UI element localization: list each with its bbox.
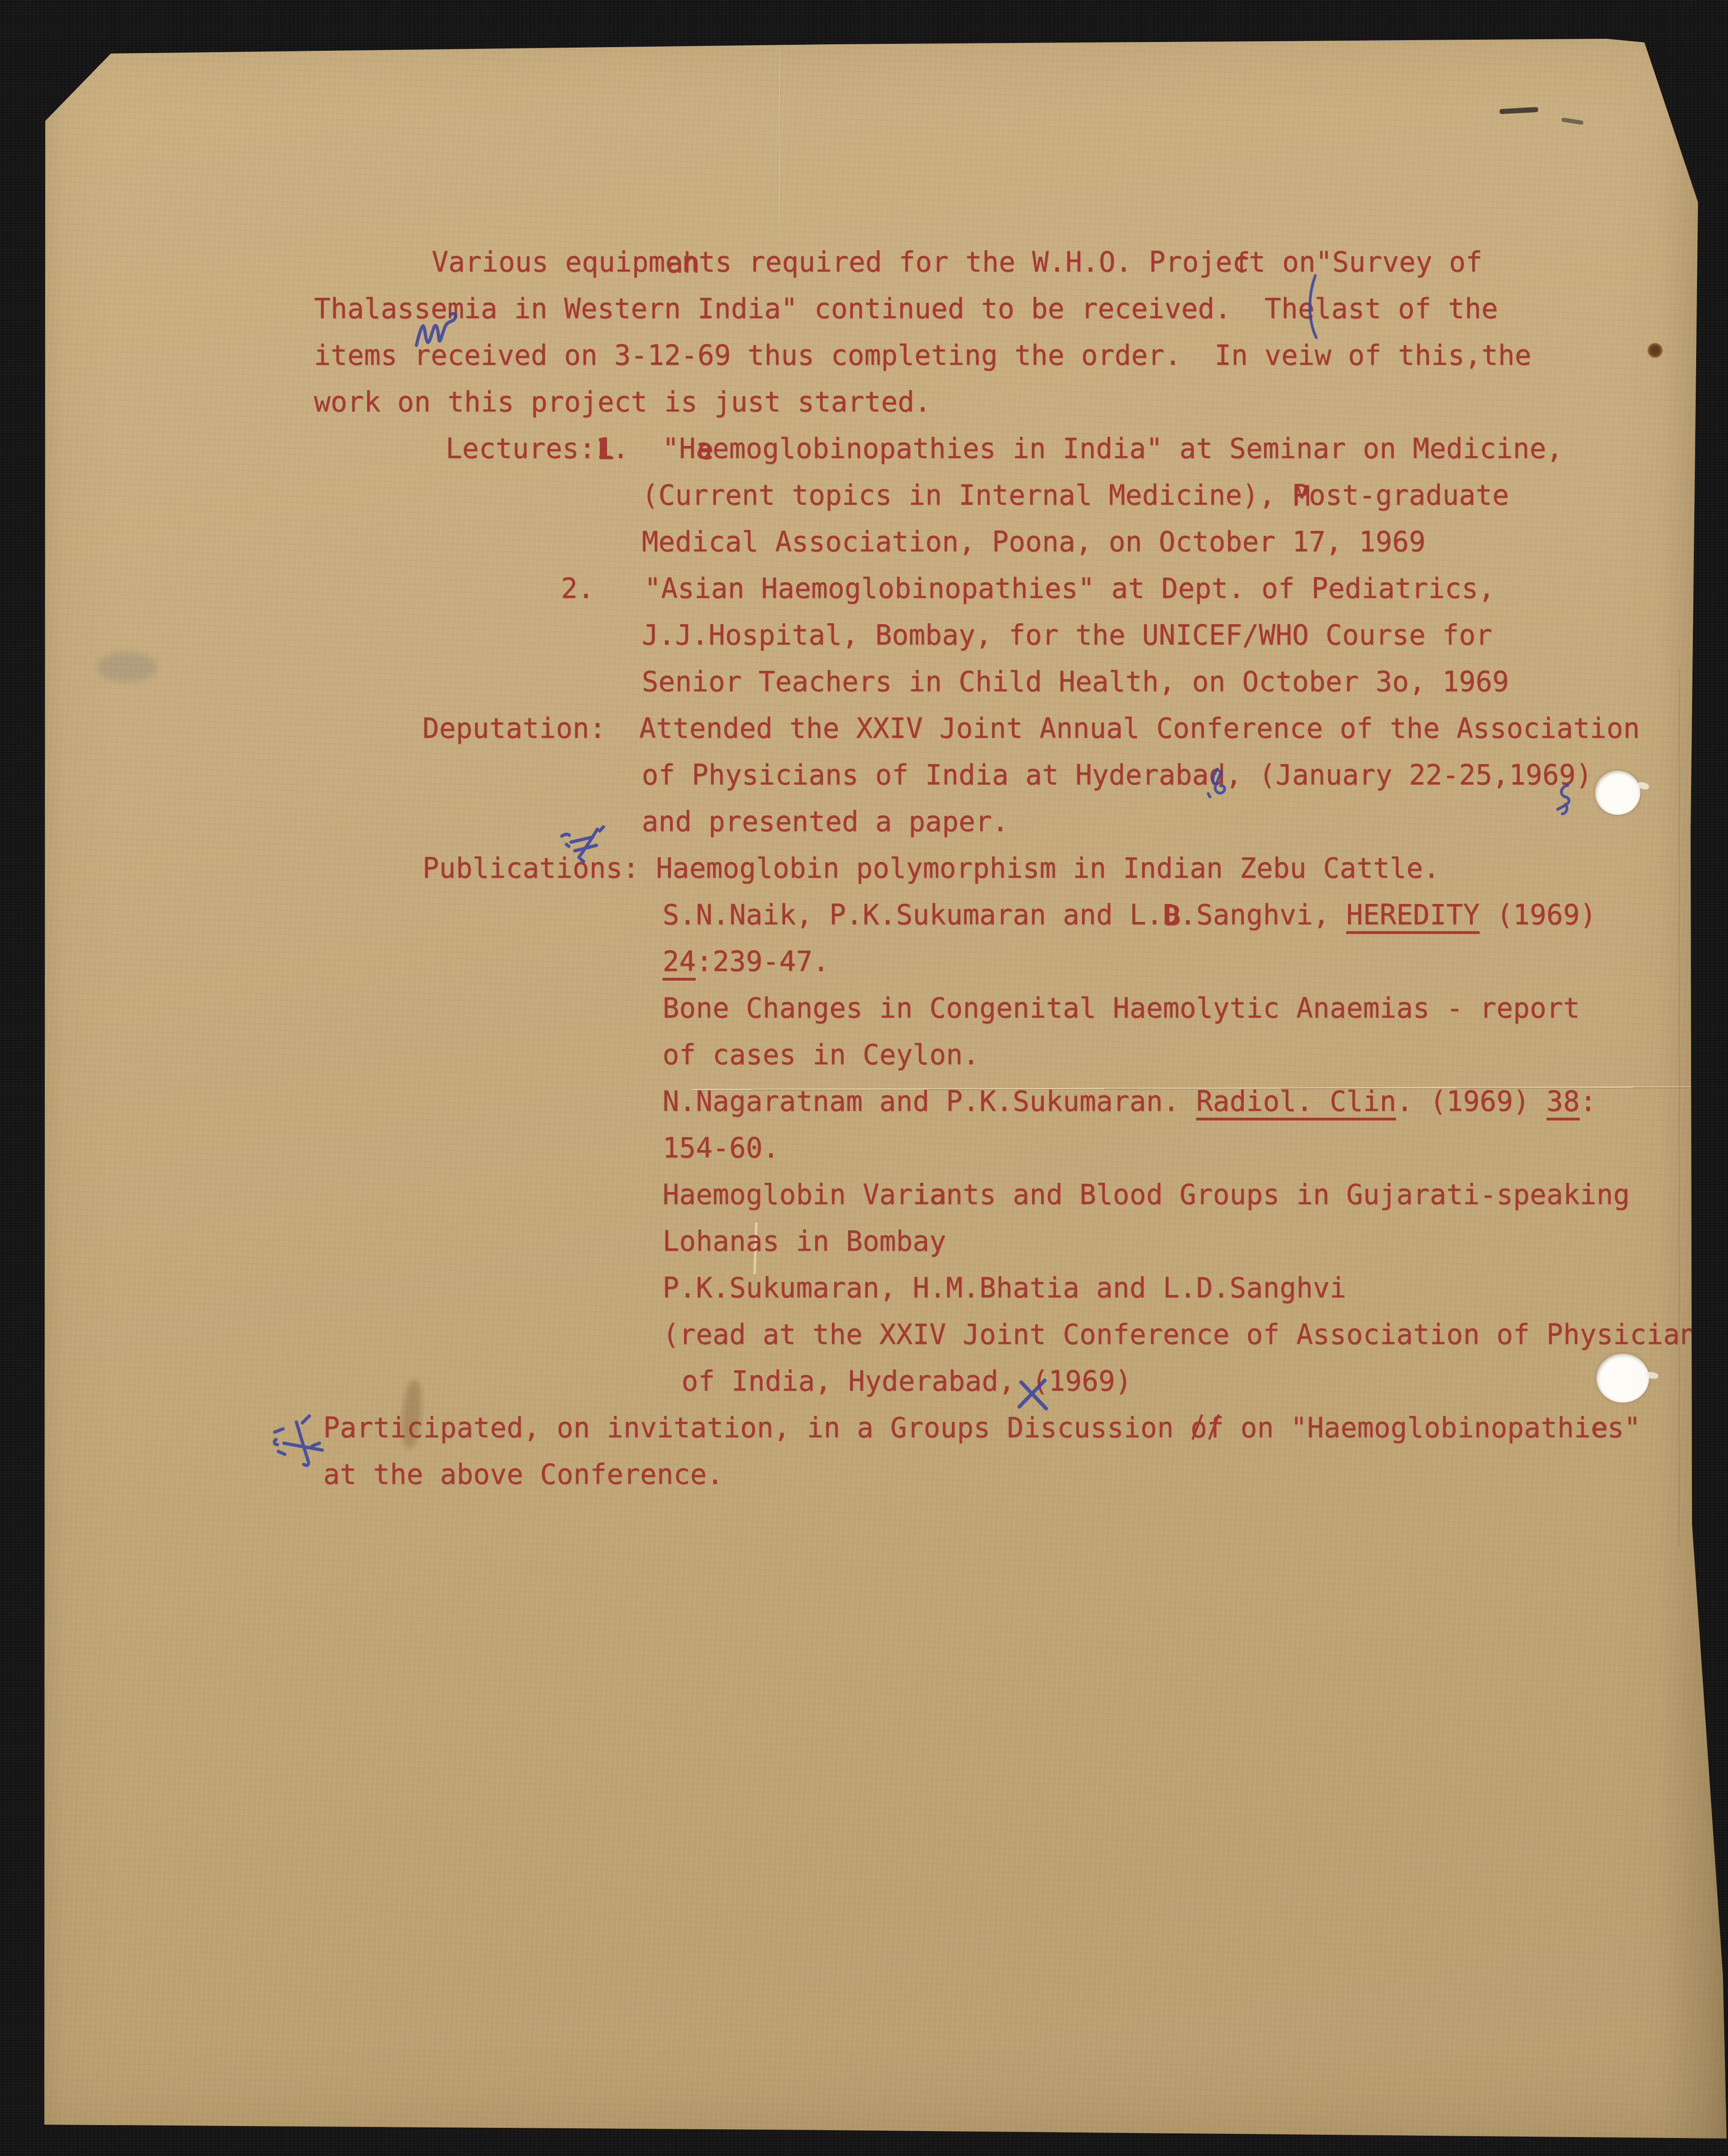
handwritten-x-strike (1019, 1380, 1046, 1409)
handwriting-layer (0, 0, 1728, 2156)
handwritten-insertion-stroke (1310, 276, 1316, 337)
handwritten-margin-asterisk (274, 1416, 322, 1465)
handwritten-arrow-mark (1558, 785, 1569, 814)
handwritten-caret-squiggle (1208, 769, 1225, 797)
paper-sheet: Various equipmeanhts required for the W.… (0, 0, 1728, 2156)
scanned-document-page: { "scan": { "background_color": "#141414… (0, 0, 1728, 2156)
handwritten-wm-initials-mark (416, 313, 456, 345)
handwritten-hash-scribble (562, 827, 603, 861)
